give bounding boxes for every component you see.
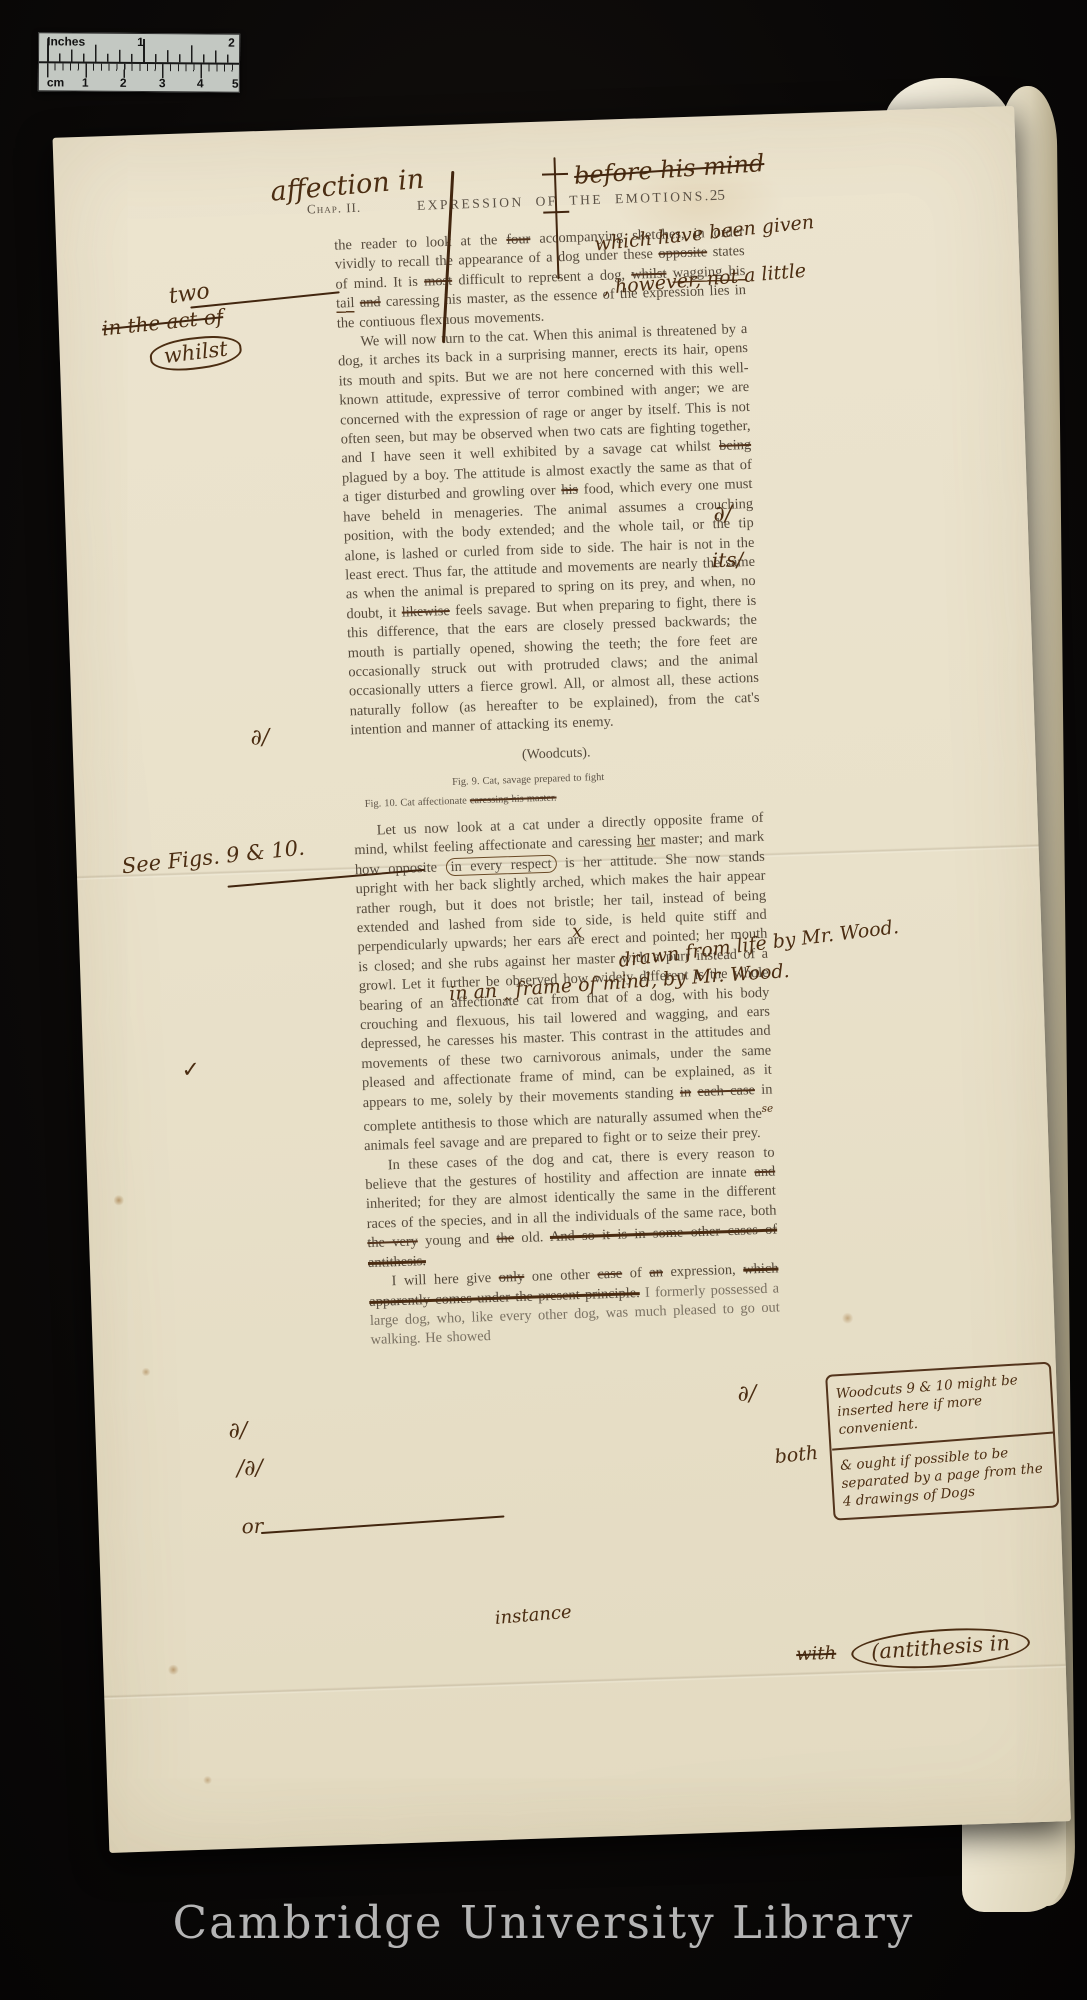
ruler-inch-number: 2 <box>228 36 235 50</box>
paragraph-5: I will here give only one other case of … <box>368 1260 780 1351</box>
annotation-its-correction: its/ <box>711 547 743 572</box>
annotation-affection-in: affection in <box>269 164 425 208</box>
paragraph-4: In these cases of the dog and cat, there… <box>364 1143 778 1273</box>
ruler-cm-number: 5 <box>232 77 239 91</box>
annotation-both: both <box>774 1442 820 1468</box>
foxing-stain <box>167 1665 179 1675</box>
annotation-instance: instance <box>494 1602 572 1629</box>
ruler-inches-label: Inches <box>47 34 85 48</box>
paragraph-2: We will now turn to the cat. When this a… <box>337 320 760 741</box>
manuscript-page: Chap. II. EXPRESSION OF THE EMOTIONS. 25… <box>53 106 1071 1853</box>
annotation-x-mark: x <box>572 921 583 942</box>
scale-ruler: Inches 1 2 cm 1 2 3 4 5 <box>38 32 240 92</box>
ruler-cm-number: 3 <box>159 76 166 90</box>
ruler-cm-number: 1 <box>82 76 89 90</box>
pen-insert-line <box>261 1515 505 1534</box>
annotation-proof-mark: ∂/ <box>228 1418 248 1444</box>
photograph-background: Inches 1 2 cm 1 2 3 4 5 Chap. II. EXPRES… <box>0 0 1087 2000</box>
page-header: Chap. II. EXPRESSION OF THE EMOTIONS. 25 <box>55 178 1016 210</box>
ruler-cm-number: 2 <box>120 76 127 90</box>
ruler-cm-row: cm 1 2 3 4 5 <box>39 63 239 91</box>
pen-insert-line <box>190 291 339 308</box>
ruler-inch-number: 1 <box>137 35 144 49</box>
library-watermark: Cambridge University Library <box>0 1896 1087 1949</box>
foxing-stain <box>114 1194 124 1206</box>
annotation-dele-mark: ∂/ <box>250 725 270 751</box>
annotation-with-struck: with <box>796 1643 837 1665</box>
ruler-inches-row: Inches 1 2 <box>39 33 239 64</box>
foxing-stain <box>842 1312 853 1324</box>
ruler-cm-label: cm <box>47 75 64 89</box>
annotation-box-note: Woodcuts 9 & 10 might be inserted here i… <box>825 1362 1059 1521</box>
annotation-dele-mark: ∂/ <box>713 502 733 528</box>
annotation-proof-mark: /∂/ <box>236 1456 263 1482</box>
annotation-check-mark: ✓ <box>181 1058 200 1084</box>
foxing-stain <box>203 1776 212 1785</box>
fold-crease <box>104 1663 1066 1700</box>
annotation-or: or <box>241 1514 263 1539</box>
annotation-dele-mark: ∂/ <box>737 1381 757 1407</box>
ruler-cm-number: 4 <box>197 76 204 90</box>
foxing-stain <box>141 1367 150 1376</box>
printed-text-column: the reader to look at the four accompany… <box>334 223 781 1351</box>
annotation-whilst-circled: whilst <box>148 332 243 375</box>
page-number: 25 <box>710 188 726 205</box>
